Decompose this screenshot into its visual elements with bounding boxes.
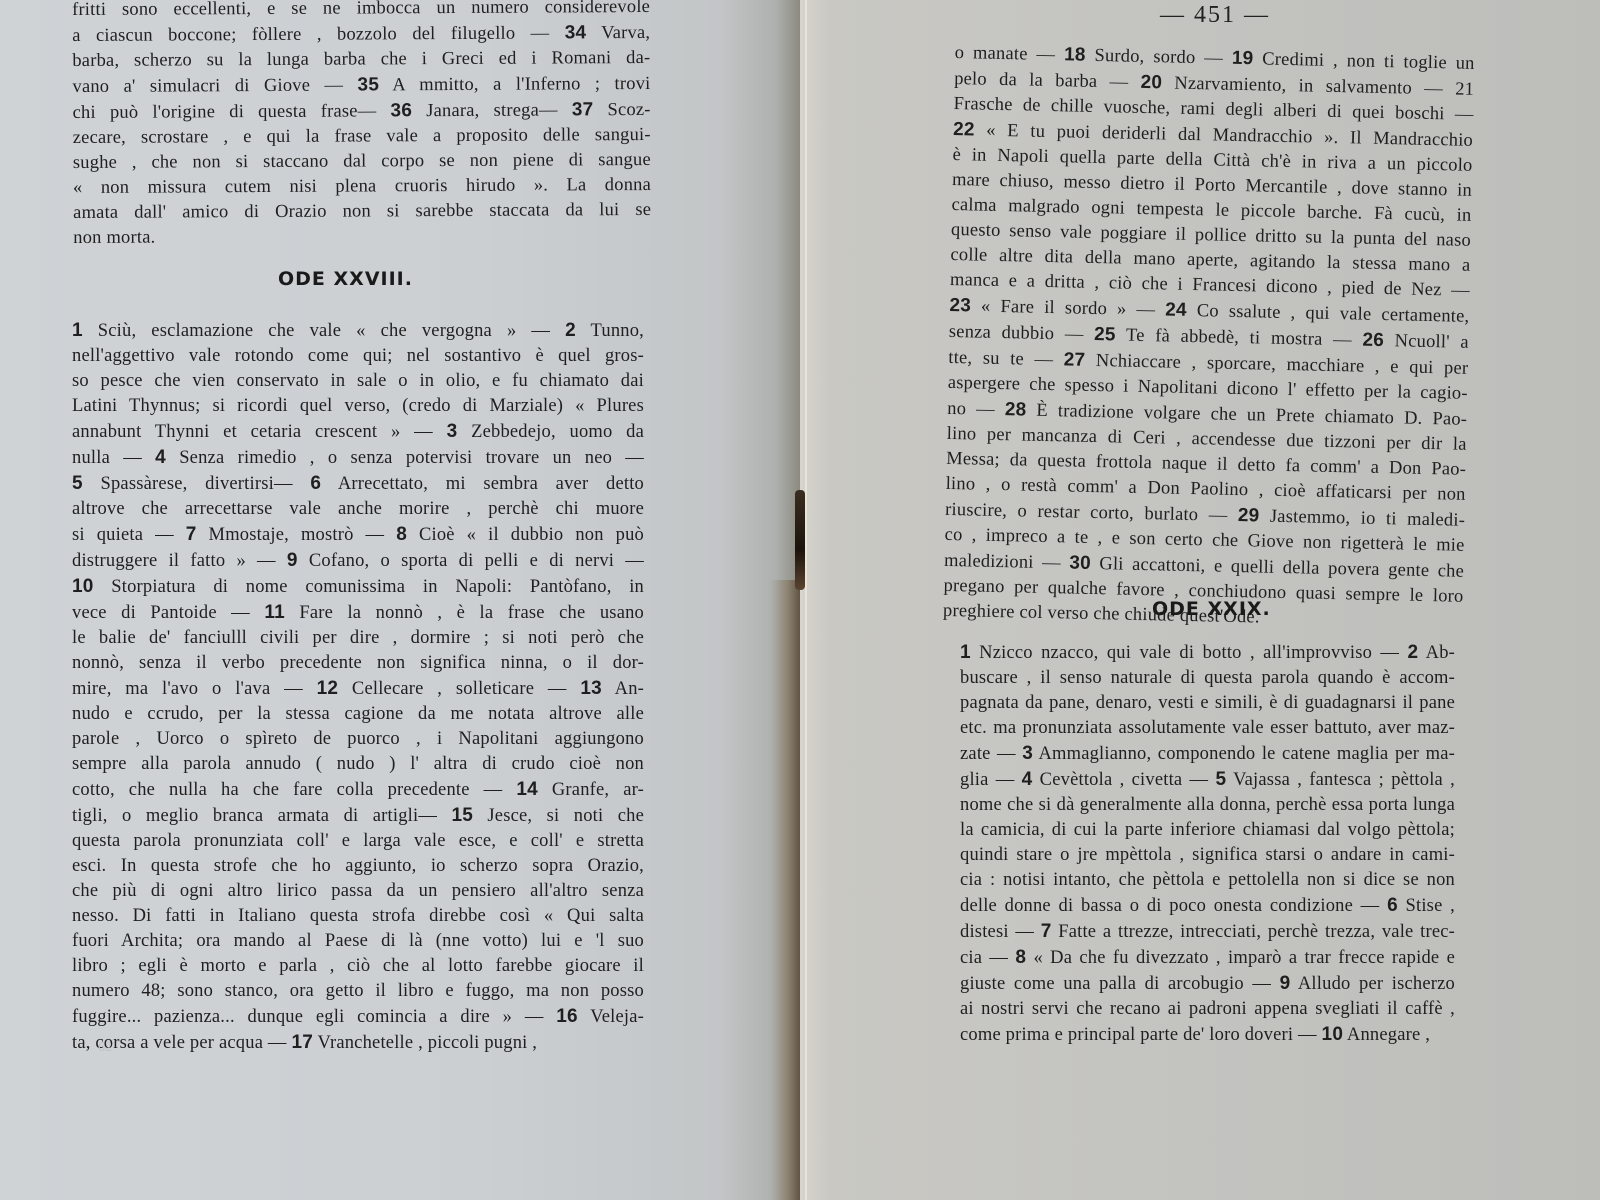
note-number: 19 xyxy=(1232,48,1254,69)
note-number: 6 xyxy=(310,473,321,494)
ode-xxix-heading: ODE XXIX. xyxy=(1152,598,1271,620)
note-number: 11 xyxy=(264,602,285,623)
note-number: 2 xyxy=(565,320,576,341)
text-line: mire, ma l'avo o l'ava — 12 Cellecare , … xyxy=(72,676,644,702)
text-line: annabunt Thynni et cetaria crescent » — … xyxy=(72,419,644,445)
text-line: distruggere il fatto » — 9 Cofano, o spo… xyxy=(72,548,644,574)
text-line: 1 Sciù, esclamazione che vale « che verg… xyxy=(72,318,644,344)
text-line: amata dall' amico di Orazio non si sareb… xyxy=(73,198,651,226)
text-line: nome che si dà generalmente alla donna, … xyxy=(960,793,1455,818)
note-number: 4 xyxy=(1022,769,1033,790)
text-line: zecare, scrostare , e qui la frase vale … xyxy=(73,123,651,151)
text-line: non morta. xyxy=(73,223,651,251)
note-number: 6 xyxy=(1387,895,1398,916)
text-line: giuste come una palla di arcobugio — 9 A… xyxy=(960,971,1455,997)
text-line: si quieta — 7 Mmostaje, mostrò — 8 Cioè … xyxy=(72,522,644,548)
note-number: 7 xyxy=(186,524,197,545)
text-line: etc. ma pronunziata assolutamente vale e… xyxy=(960,716,1455,741)
text-line: pagnata da pane, denaro, vesti e simili,… xyxy=(960,691,1455,716)
note-number: 3 xyxy=(1022,743,1033,764)
bleed-through-page-number: 62 xyxy=(98,1040,112,1056)
note-number: 30 xyxy=(1069,553,1091,574)
right-continuation-notes: o manate — 18 Surdo, sordo — 19 Credimi … xyxy=(943,40,1475,635)
note-number: 4 xyxy=(155,447,166,468)
text-line: ta, corsa a vele per acqua — 17 Vranchet… xyxy=(72,1030,644,1056)
note-number: 36 xyxy=(390,100,412,121)
text-line: nulla — 4 Senza rimedio , o senza poterv… xyxy=(72,445,644,471)
text-line: nudo e ccrudo, per la stessa cagione da … xyxy=(72,702,644,727)
note-number: 1 xyxy=(72,320,83,341)
note-number: 13 xyxy=(580,678,602,699)
text-line: sughe , che non si staccano dal corpo se… xyxy=(73,148,651,176)
text-line: vece di Pantoide — 11 Fare la nonnò , è … xyxy=(72,600,644,626)
page-number: — 451 — xyxy=(1160,2,1270,29)
text-line: nesso. Di fatti in Italiano questa strof… xyxy=(72,904,644,929)
text-line: ai nostri servi che recano ai padroni ap… xyxy=(960,997,1455,1022)
text-line: so pesce che vien conservato in sale o i… xyxy=(72,369,644,394)
text-line: questa parola pronunziata coll' e larga … xyxy=(72,829,644,854)
text-line: vano a' simulacri di Giove — 35 A mmitto… xyxy=(72,71,650,100)
note-number: 1 xyxy=(960,642,971,663)
note-number: 22 xyxy=(953,119,975,140)
text-line: nell'aggettivo vale rotondo come qui; ne… xyxy=(72,344,644,369)
note-number: 5 xyxy=(1215,769,1226,790)
text-line: buscare , il senso naturale di questa pa… xyxy=(960,666,1455,691)
note-number: 8 xyxy=(1015,947,1026,968)
note-number: 27 xyxy=(1064,349,1086,370)
text-line: delle donne di bassa o di poco onesta co… xyxy=(960,893,1455,919)
spine-tear xyxy=(795,490,805,590)
text-line: tigli, o meglio branca armata di artigli… xyxy=(72,803,644,829)
text-line: parole , Uorco o spìreto de puorco , i N… xyxy=(72,727,644,752)
text-line: 1 Nzicco nzacco, qui vale di botto , all… xyxy=(960,640,1455,666)
ode-xxix-notes: 1 Nzicco nzacco, qui vale di botto , all… xyxy=(960,640,1455,1048)
note-number: 18 xyxy=(1064,44,1086,65)
note-number: 3 xyxy=(447,421,458,442)
text-line: Latini Thynnus; si ricordi quel verso, (… xyxy=(72,394,644,419)
text-line: nonnò, senza il verbo precedente non sig… xyxy=(72,651,644,676)
text-line: chi può l'origine di questa frase— 36 Ja… xyxy=(73,97,651,126)
note-number: 16 xyxy=(556,1006,578,1027)
text-line: libro ; egli è morto e parla , ciò che a… xyxy=(72,954,644,979)
ode-xxviii-notes: 1 Sciù, esclamazione che vale « che verg… xyxy=(72,318,644,1056)
note-number: 12 xyxy=(317,678,339,699)
note-number: 9 xyxy=(287,550,298,571)
text-line: la camicia, di cui la parte inferiore ch… xyxy=(960,818,1455,843)
text-line: cotto, che nulla ha che fare colla prece… xyxy=(72,777,644,803)
text-line: glia — 4 Cevèttola , civetta — 5 Vajassa… xyxy=(960,767,1455,793)
text-line: cia — 8 « Da che fu divezzato , imparò a… xyxy=(960,945,1455,971)
note-number: 2 xyxy=(1408,642,1419,663)
note-number: 10 xyxy=(72,576,94,597)
text-line: cia : notisi intanto, che pèttola e pett… xyxy=(960,868,1455,893)
text-line: « non missura cutem nisi plena cruoris h… xyxy=(73,173,651,201)
text-line: che più di ogni altro lirico passa da un… xyxy=(72,879,644,904)
text-line: come prima e principal parte de' loro do… xyxy=(960,1022,1455,1048)
text-line: le balie de' fanciulll civili per dire ,… xyxy=(72,626,644,651)
note-number: 15 xyxy=(451,805,473,826)
note-number: 10 xyxy=(1322,1024,1344,1045)
text-line: fuggire... pazienza... dunque egli comin… xyxy=(72,1004,644,1030)
text-line: altrove che arrecettarse vale anche mori… xyxy=(72,497,644,522)
note-number: 37 xyxy=(572,99,594,120)
note-number: 26 xyxy=(1362,330,1384,351)
text-line: a ciascun boccone; fòllere , bozzolo del… xyxy=(72,20,650,49)
left-continuation-notes: fritti sono eccellenti, e se ne imbocca … xyxy=(72,0,651,251)
note-number: 14 xyxy=(516,779,538,800)
note-number: 29 xyxy=(1238,505,1260,526)
note-number: 9 xyxy=(1280,973,1291,994)
note-number: 23 xyxy=(949,295,971,316)
note-number: 35 xyxy=(357,74,379,95)
text-line: 10 Storpiatura di nome comunissima in Na… xyxy=(72,574,644,600)
text-line: barba, scherzo su la lunga barba che i G… xyxy=(72,46,650,74)
text-line: fuori Archita; ora mando al Paese di là … xyxy=(72,929,644,954)
gutter-edge xyxy=(805,0,807,1200)
text-line: distesi — 7 Fatte a ttrezze, intrecciati… xyxy=(960,919,1455,945)
text-line: sempre alla parola annudo ( nudo ) l' al… xyxy=(72,752,644,777)
note-number: 8 xyxy=(396,524,407,545)
ode-xxviii-heading: ODE XXVIII. xyxy=(278,268,413,290)
text-line: zate — 3 Ammaglianno, componendo le cate… xyxy=(960,741,1455,767)
note-number: 34 xyxy=(565,22,587,43)
note-number: 17 xyxy=(291,1032,313,1053)
note-number: 20 xyxy=(1140,72,1162,93)
note-number: 25 xyxy=(1094,324,1116,345)
note-number: 7 xyxy=(1041,921,1052,942)
note-number: 24 xyxy=(1165,299,1187,320)
text-line: quindi stare o jre mpèttola , significa … xyxy=(960,843,1455,868)
text-line: esci. In questa strofe che ho aggiunto, … xyxy=(72,854,644,879)
note-number: 5 xyxy=(72,473,83,494)
gutter-shadow xyxy=(770,580,800,1200)
note-number: 28 xyxy=(1005,399,1027,420)
text-line: numero 48; sono stanco, ora getto il lib… xyxy=(72,979,644,1004)
text-line: 5 Spassàrese, divertirsi— 6 Arrecettato,… xyxy=(72,471,644,497)
